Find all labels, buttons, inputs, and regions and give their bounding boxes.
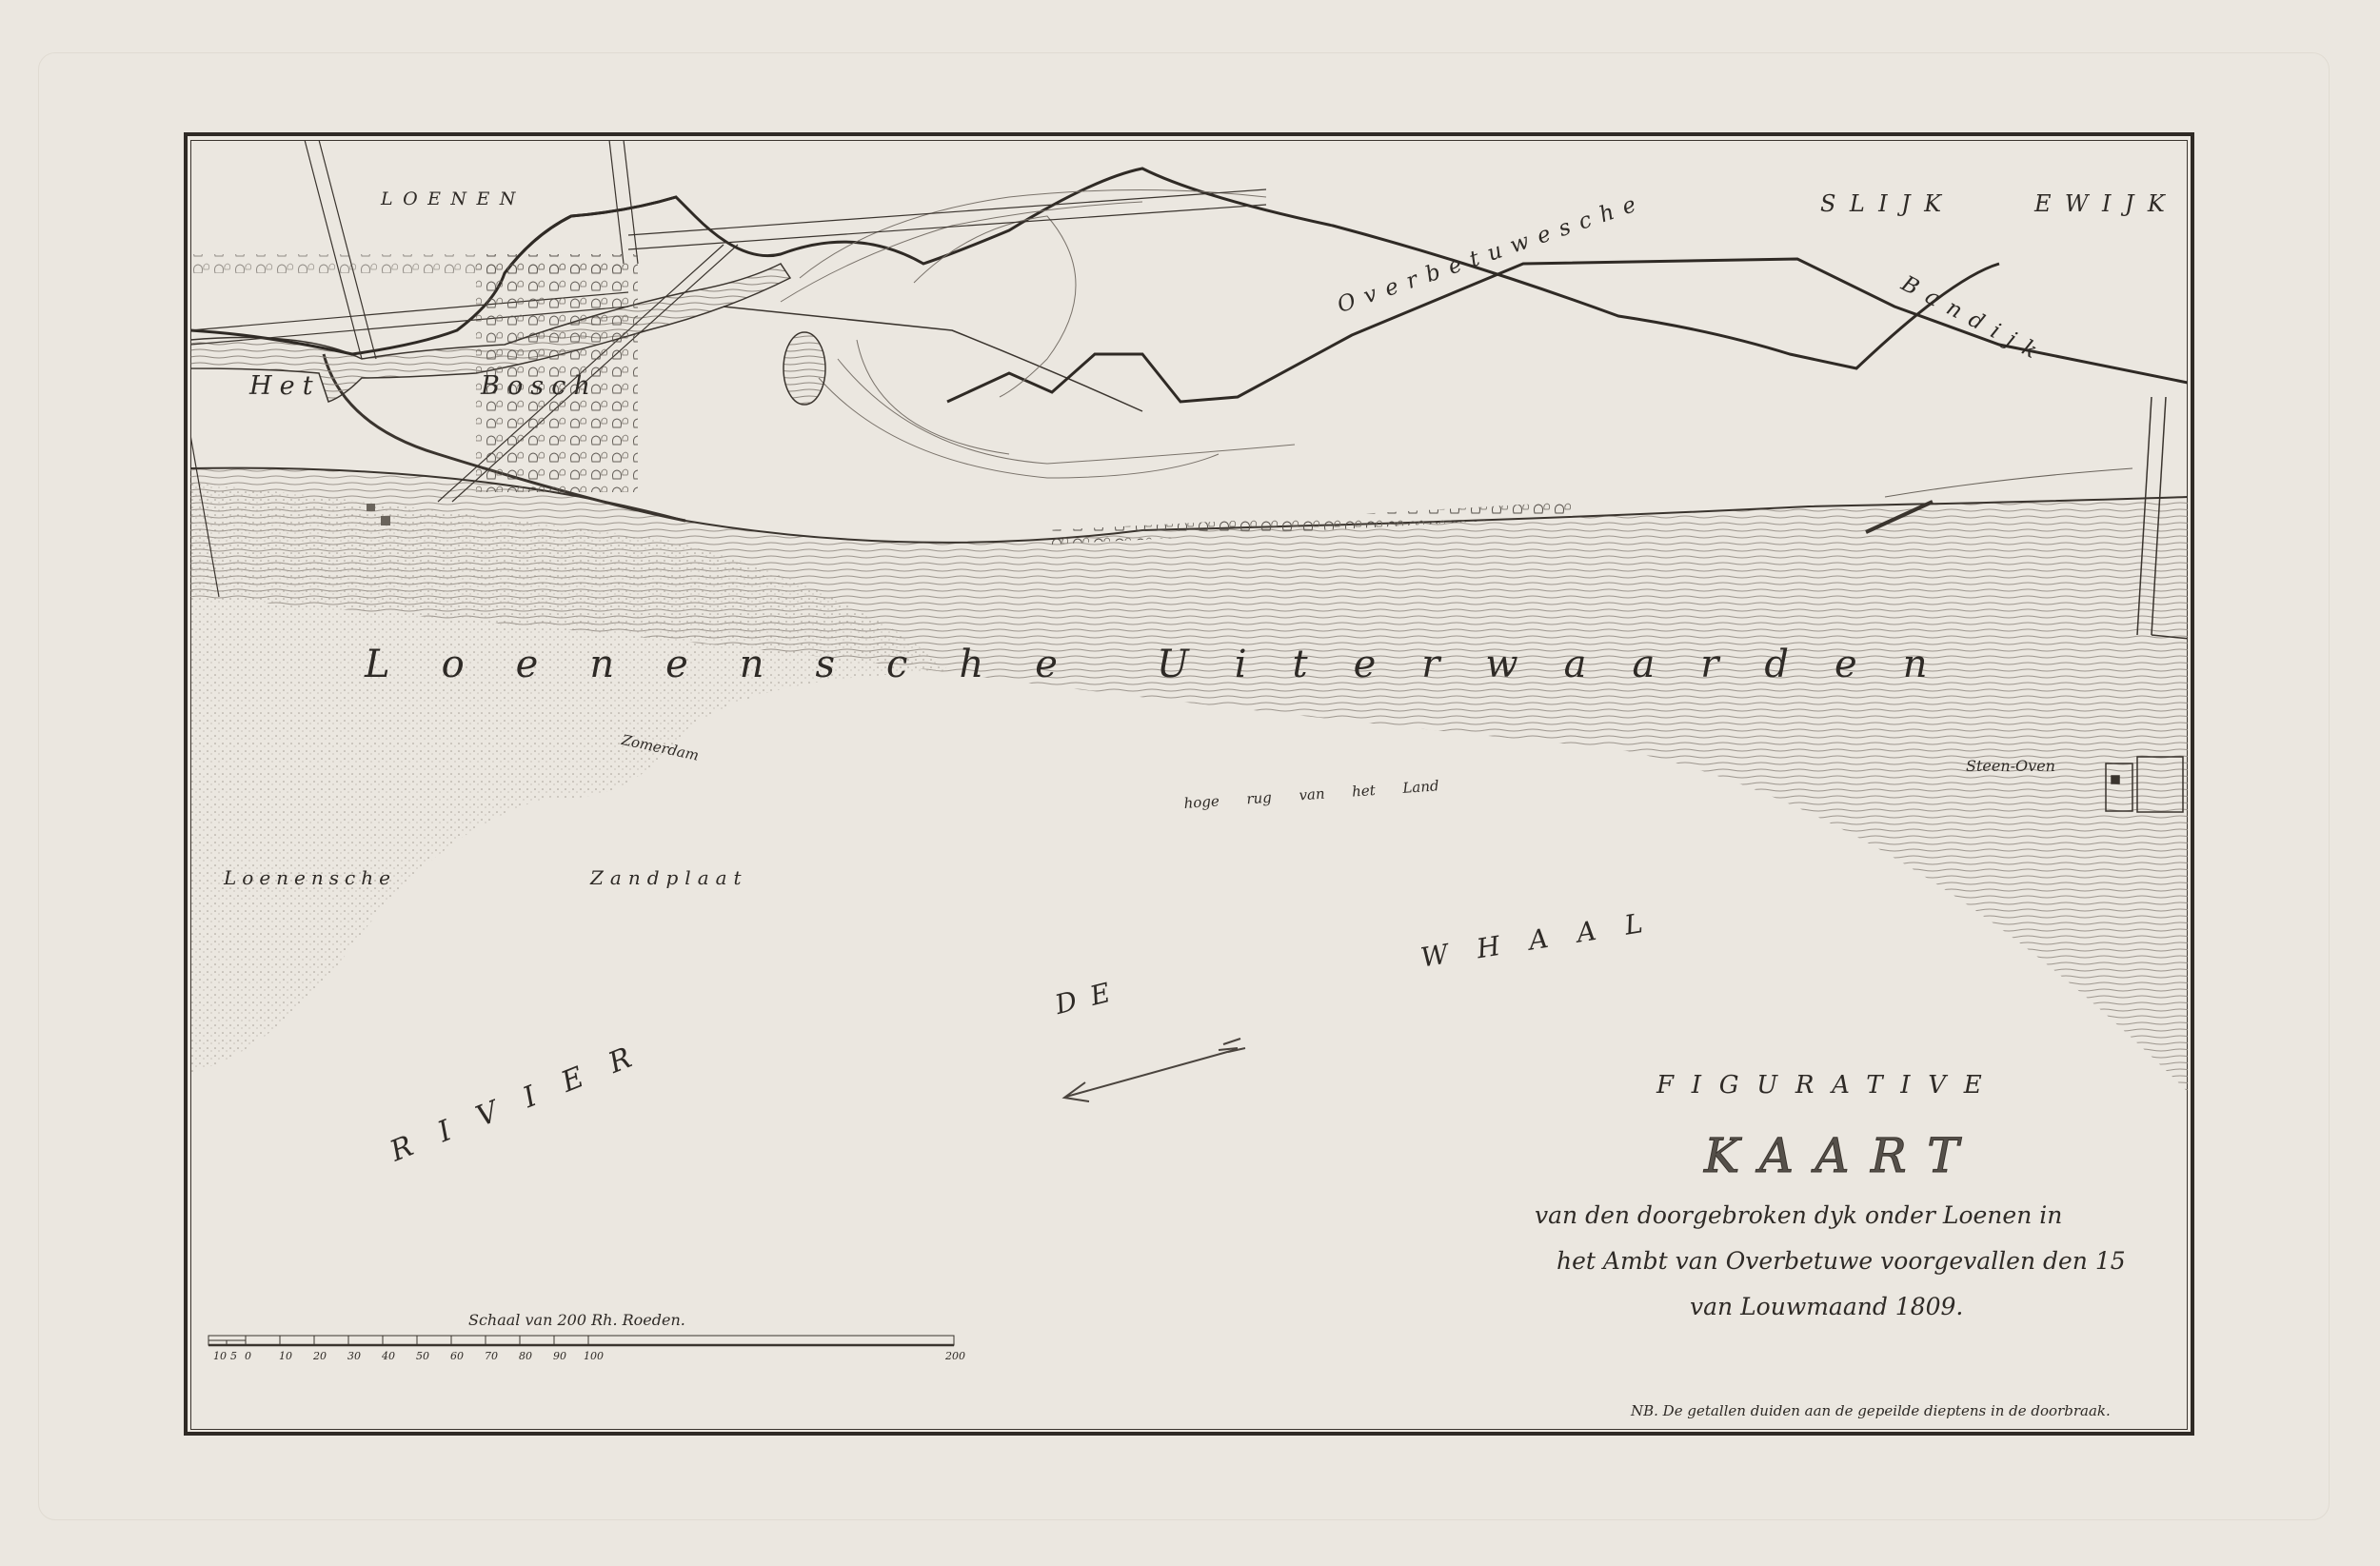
scale-tick: 40 <box>382 1350 395 1362</box>
title-figurative: FIGURATIVE <box>1656 1071 2000 1100</box>
scale-tick: 70 <box>485 1350 498 1362</box>
note-nb: NB. De getallen duiden aan de gepeilde d… <box>1631 1402 2111 1419</box>
scale-bar <box>208 1333 955 1352</box>
label-loenensche-uiterwaarden-2: Uiterwaarden <box>1157 643 1973 686</box>
title-kaart: KAART <box>1704 1128 1980 1183</box>
building <box>367 504 375 511</box>
scale-tick: 50 <box>416 1350 429 1362</box>
label-bosch: Bosch <box>481 371 598 401</box>
scale-tick: 90 <box>553 1350 566 1362</box>
label-slijk: SLIJK <box>1820 190 1954 217</box>
label-steen-oven: Steen-Oven <box>1966 757 2055 775</box>
label-zandplaat-2: Zandplaat <box>590 866 748 889</box>
title-subtitle-3: van Louwmaand 1809. <box>1690 1293 1963 1320</box>
map-drawing <box>190 140 2188 1430</box>
scale-tick: 100 <box>584 1350 604 1362</box>
scale-tick: 60 <box>450 1350 464 1362</box>
label-zandplaat-1: Loenensche <box>224 866 396 889</box>
building <box>381 516 390 525</box>
creek <box>190 264 1142 411</box>
scale-tick: 10 <box>279 1350 292 1362</box>
pond <box>783 332 825 405</box>
scale-tick: 200 <box>945 1350 965 1362</box>
map-sheet: LOENEN Het Bosch SLIJK EWIJK Overbetuwes… <box>0 0 2380 1566</box>
label-ewijk: EWIJK <box>2034 190 2178 217</box>
scale-tick: 0 <box>245 1350 251 1362</box>
scale-tick: 10 <box>213 1350 227 1362</box>
label-loenen: LOENEN <box>381 188 526 209</box>
title-subtitle-2: het Ambt van Overbetuwe voorgevallen den… <box>1557 1247 2126 1275</box>
scale-tick: 5 <box>230 1350 237 1362</box>
scale-tick: 30 <box>347 1350 361 1362</box>
label-loenensche-uiterwaarden-1: Loenensche <box>365 643 1109 686</box>
flow-arrow-icon <box>1064 1039 1245 1101</box>
title-subtitle-1: van den doorgebroken dyk onder Loenen in <box>1535 1201 2062 1229</box>
scale-tick: 20 <box>313 1350 327 1362</box>
scale-tick: 80 <box>519 1350 532 1362</box>
label-het: Het <box>249 371 321 401</box>
scale-title: Schaal van 200 Rh. Roeden. <box>468 1311 685 1329</box>
